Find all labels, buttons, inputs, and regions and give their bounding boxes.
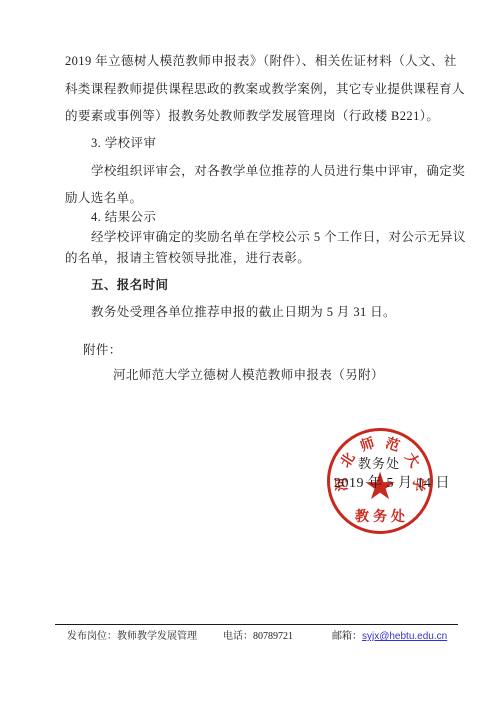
- footer-divider: [55, 624, 458, 625]
- body-line: 学校组织评审会，对各教学单位推荐的人员进行集中评审，确定奖: [91, 163, 465, 179]
- body-line: 教务处受理各单位推荐申报的截止日期为 5 月 31 日。: [91, 304, 396, 320]
- body-line: 科类课程教师提供课程思政的教案或教学案例，其它专业提供课程育人: [65, 81, 465, 97]
- footer-email: 邮箱：syjx@hebtu.edu.cn: [332, 630, 447, 643]
- section-heading-registration-time: 五、报名时间: [91, 277, 168, 293]
- footer-phone-label: 电话：80789721: [223, 630, 293, 643]
- body-line: 经学校评审确定的奖励名单在学校公示 5 个工作日，对公示无异议: [91, 229, 466, 245]
- footer-email-label: 邮箱：: [332, 631, 362, 642]
- attachment-item: 河北师范大学立德树人模范教师申报表（另附）: [113, 367, 384, 383]
- body-line: 2019 年立德树人模范教师申报表》（附件）、相关佐证材料（人文、社: [65, 53, 457, 69]
- footer-post-label: 发布岗位：教师教学发展管理: [67, 630, 197, 643]
- body-line: 的名单，报请主管校领导批准，进行表彰。: [65, 250, 310, 266]
- list-item-result-publicity: 4. 结果公示: [91, 209, 156, 225]
- document-page: 2019 年立德树人模范教师申报表》（附件）、相关佐证材料（人文、社 科类课程教…: [0, 0, 500, 707]
- body-line: 励人选名单。: [65, 190, 142, 206]
- list-item-school-review: 3. 学校评审: [91, 135, 156, 151]
- body-line: 的要素或事例等）报教务处教师教学发展管理岗（行政楼 B221）。: [65, 108, 439, 124]
- closing-date: 2019 年 5 月 14 日: [334, 475, 450, 492]
- email-link[interactable]: syjx@hebtu.edu.cn: [362, 631, 447, 642]
- seal-department-label: 教务处: [351, 506, 409, 526]
- attachment-label: 附件：: [83, 342, 122, 358]
